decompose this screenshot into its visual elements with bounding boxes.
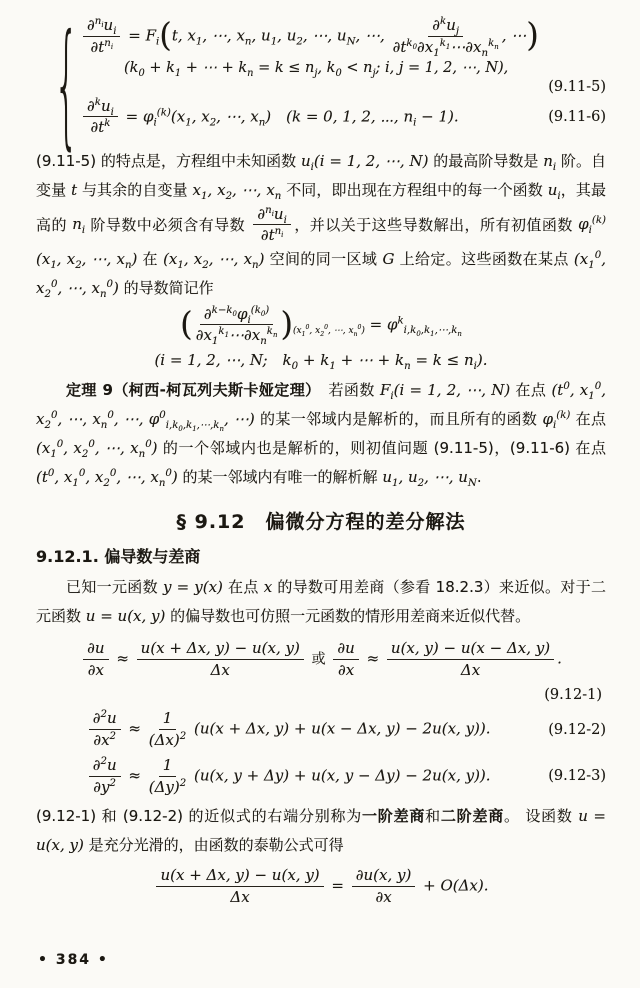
equation-9-11-5-main: ∂niui∂tni = Fi(t, x1, ⋯, xn, u1, u2, ⋯, … [80, 16, 606, 57]
equation-label-9-11-5: (9.11-5) [548, 79, 606, 95]
equation-label-9-12-1: (9.12-1) [544, 687, 602, 703]
equation-9-12-2: ∂2u∂x2 ≈ 1(Δx)2 (u(x + Δx, y) + u(x − Δx… [36, 709, 540, 750]
equation-derivative-shorthand-condition: (i = 1, 2, ⋯, N; k0 + k1 + ⋯ + kn = k ≤ … [36, 349, 606, 370]
equation-derivative-shorthand: (∂k−k0φi(k0)∂x1k1⋯∂xnkn)(x10, x20, ⋯, xn… [36, 305, 606, 346]
equation-9-12-1: ∂u∂x ≈ u(x + Δx, y) − u(x, y)Δx 或 ∂u∂x ≈… [36, 639, 606, 680]
scanned-textbook-page: { ∂niui∂tni = Fi(t, x1, ⋯, xn, u1, u2, ⋯… [0, 0, 640, 988]
equation-9-12-3: ∂2u∂y2 ≈ 1(Δy)2 (u(x, y + Δy) + u(x, y −… [36, 756, 540, 797]
equation-label-9-11-6: (9.11-6) [548, 109, 606, 125]
paragraph-characteristics: (9.11-5) 的特点是，方程组中未知函数 ui(i = 1, 2, ⋯, N… [36, 147, 606, 303]
equation-system-9-11: { ∂niui∂tni = Fi(t, x1, ⋯, xn, u1, u2, ⋯… [54, 16, 606, 137]
left-brace-glyph: { [54, 18, 79, 153]
equation-label-9-12-3: (9.12-3) [548, 768, 606, 784]
theorem-9-cauchy-kovalevskaya: 定理 9（柯西-柯瓦列夫斯卡娅定理） 若函数 Fi(i = 1, 2, ⋯, N… [36, 376, 606, 491]
equation-9-11-6-main: ∂kui∂tk = φi(k)(x1, x2, ⋯, xn) (k = 0, 1… [80, 97, 459, 138]
equation-taylor-expansion: u(x + Δx, y) − u(x, y)Δx = ∂u(x, y)∂x + … [36, 866, 606, 907]
section-heading-9-12: § 9.12 偏微分方程的差分解法 [36, 507, 606, 534]
page-number: • 384 • [38, 952, 109, 968]
equation-label-9-12-2: (9.12-2) [548, 722, 606, 738]
equation-9-11-5-constraint: (k0 + k1 + ⋯ + kn = k ≤ nj, k0 < nj; i, … [124, 60, 606, 76]
subsection-heading-9-12-1: 9.12.1. 偏导数与差商 [36, 544, 606, 567]
paragraph-difference-quotient-intro: 已知一元函数 y = y(x) 在点 x 的导数可用差商（参看 18.2.3）来… [36, 573, 606, 631]
paragraph-first-second-order-quotients: (9.12-1) 和 (9.12-2) 的近似式的右端分别称为一阶差商和二阶差商… [36, 802, 606, 860]
